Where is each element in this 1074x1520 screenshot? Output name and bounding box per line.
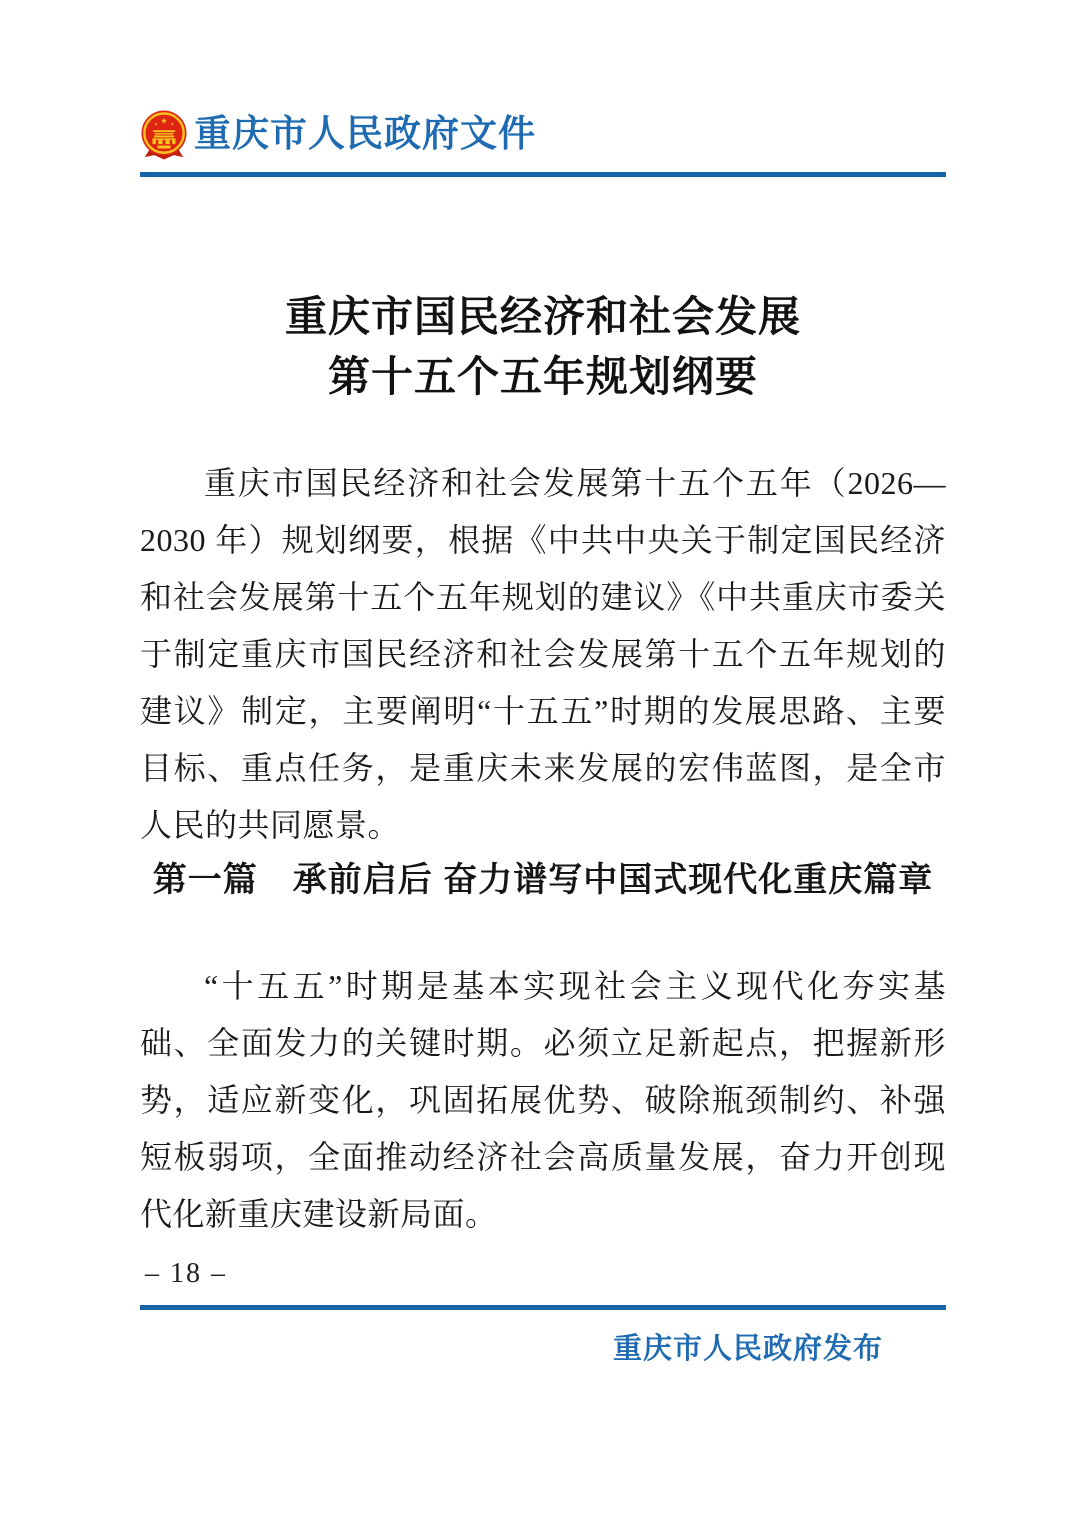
document-title-line1: 重庆市国民经济和社会发展 [285, 295, 801, 341]
document-header: ★ ★ ★ 重庆市人民政府文件 [140, 110, 946, 160]
document-title: 重庆市国民经济和社会发展 第十五个五年规划纲要 [140, 288, 946, 408]
document-title-line2: 第十五个五年规划纲要 [328, 355, 758, 401]
svg-text:★: ★ [170, 121, 174, 126]
section-heading: 第一篇 承前启后 奋力谱写中国式现代化重庆篇章 [140, 852, 946, 901]
svg-text:★: ★ [154, 121, 158, 126]
footer-divider-line [140, 1305, 946, 1310]
page-number: – 18 – [145, 1258, 227, 1290]
document-page: ★ ★ ★ 重庆市人民政府文件 重庆市国民经济和社会发展 第十五个五年规划纲要 [0, 0, 1074, 1520]
svg-text:★: ★ [160, 115, 167, 125]
header-divider-line [140, 172, 946, 177]
header-org-title: 重庆市人民政府文件 [194, 110, 536, 160]
section-paragraph: “十五五”时期是基本实现社会主义现代化夯实基础、全面发力的关键时期。必须立足新起… [140, 958, 946, 1243]
publisher-label: 重庆市人民政府发布 [140, 1326, 883, 1367]
intro-paragraph: 重庆市国民经济和社会发展第十五个五年（2026—2030 年）规划纲要，根据《中… [140, 455, 946, 854]
china-national-emblem-icon: ★ ★ ★ [140, 110, 188, 160]
